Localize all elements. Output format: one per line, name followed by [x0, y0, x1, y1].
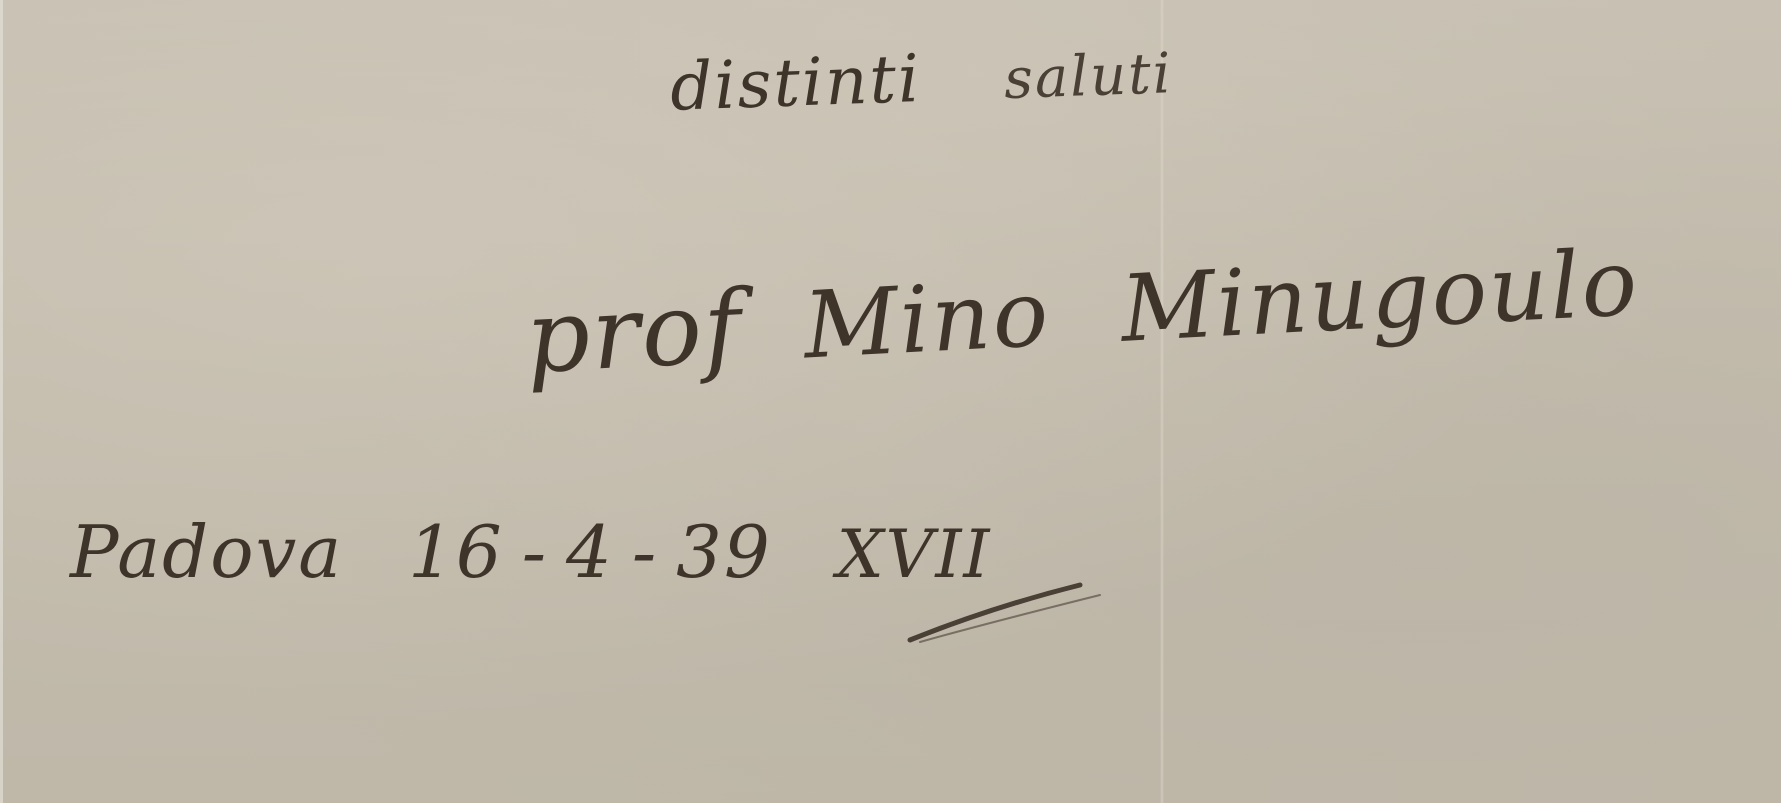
date-separator: - [522, 510, 548, 594]
closing-word-1: distinti [669, 40, 923, 126]
date-year: 39 [676, 510, 772, 594]
paper-edge [0, 0, 3, 803]
paper-sheet: distinti saluti prof Mino Minugoulo Pado… [0, 0, 1781, 803]
signature: prof Mino Minugoulo [523, 221, 1642, 396]
paper-fold-line [1160, 0, 1164, 803]
signature-last-name: Minugoulo [1118, 229, 1641, 363]
date-month: 4 [566, 510, 614, 594]
closing-word-2: saluti [1003, 41, 1174, 112]
closing-salutation: distinti saluti [669, 31, 1174, 125]
date-day: 16 [408, 510, 504, 594]
pen-flourish-icon [900, 570, 1130, 650]
signature-title: prof [523, 268, 746, 396]
dateline: Padova 16-4-39 XVII [70, 510, 991, 594]
date-place: Padova [70, 510, 343, 594]
date-separator: - [632, 510, 658, 594]
signature-first-name: Mino [801, 260, 1053, 380]
